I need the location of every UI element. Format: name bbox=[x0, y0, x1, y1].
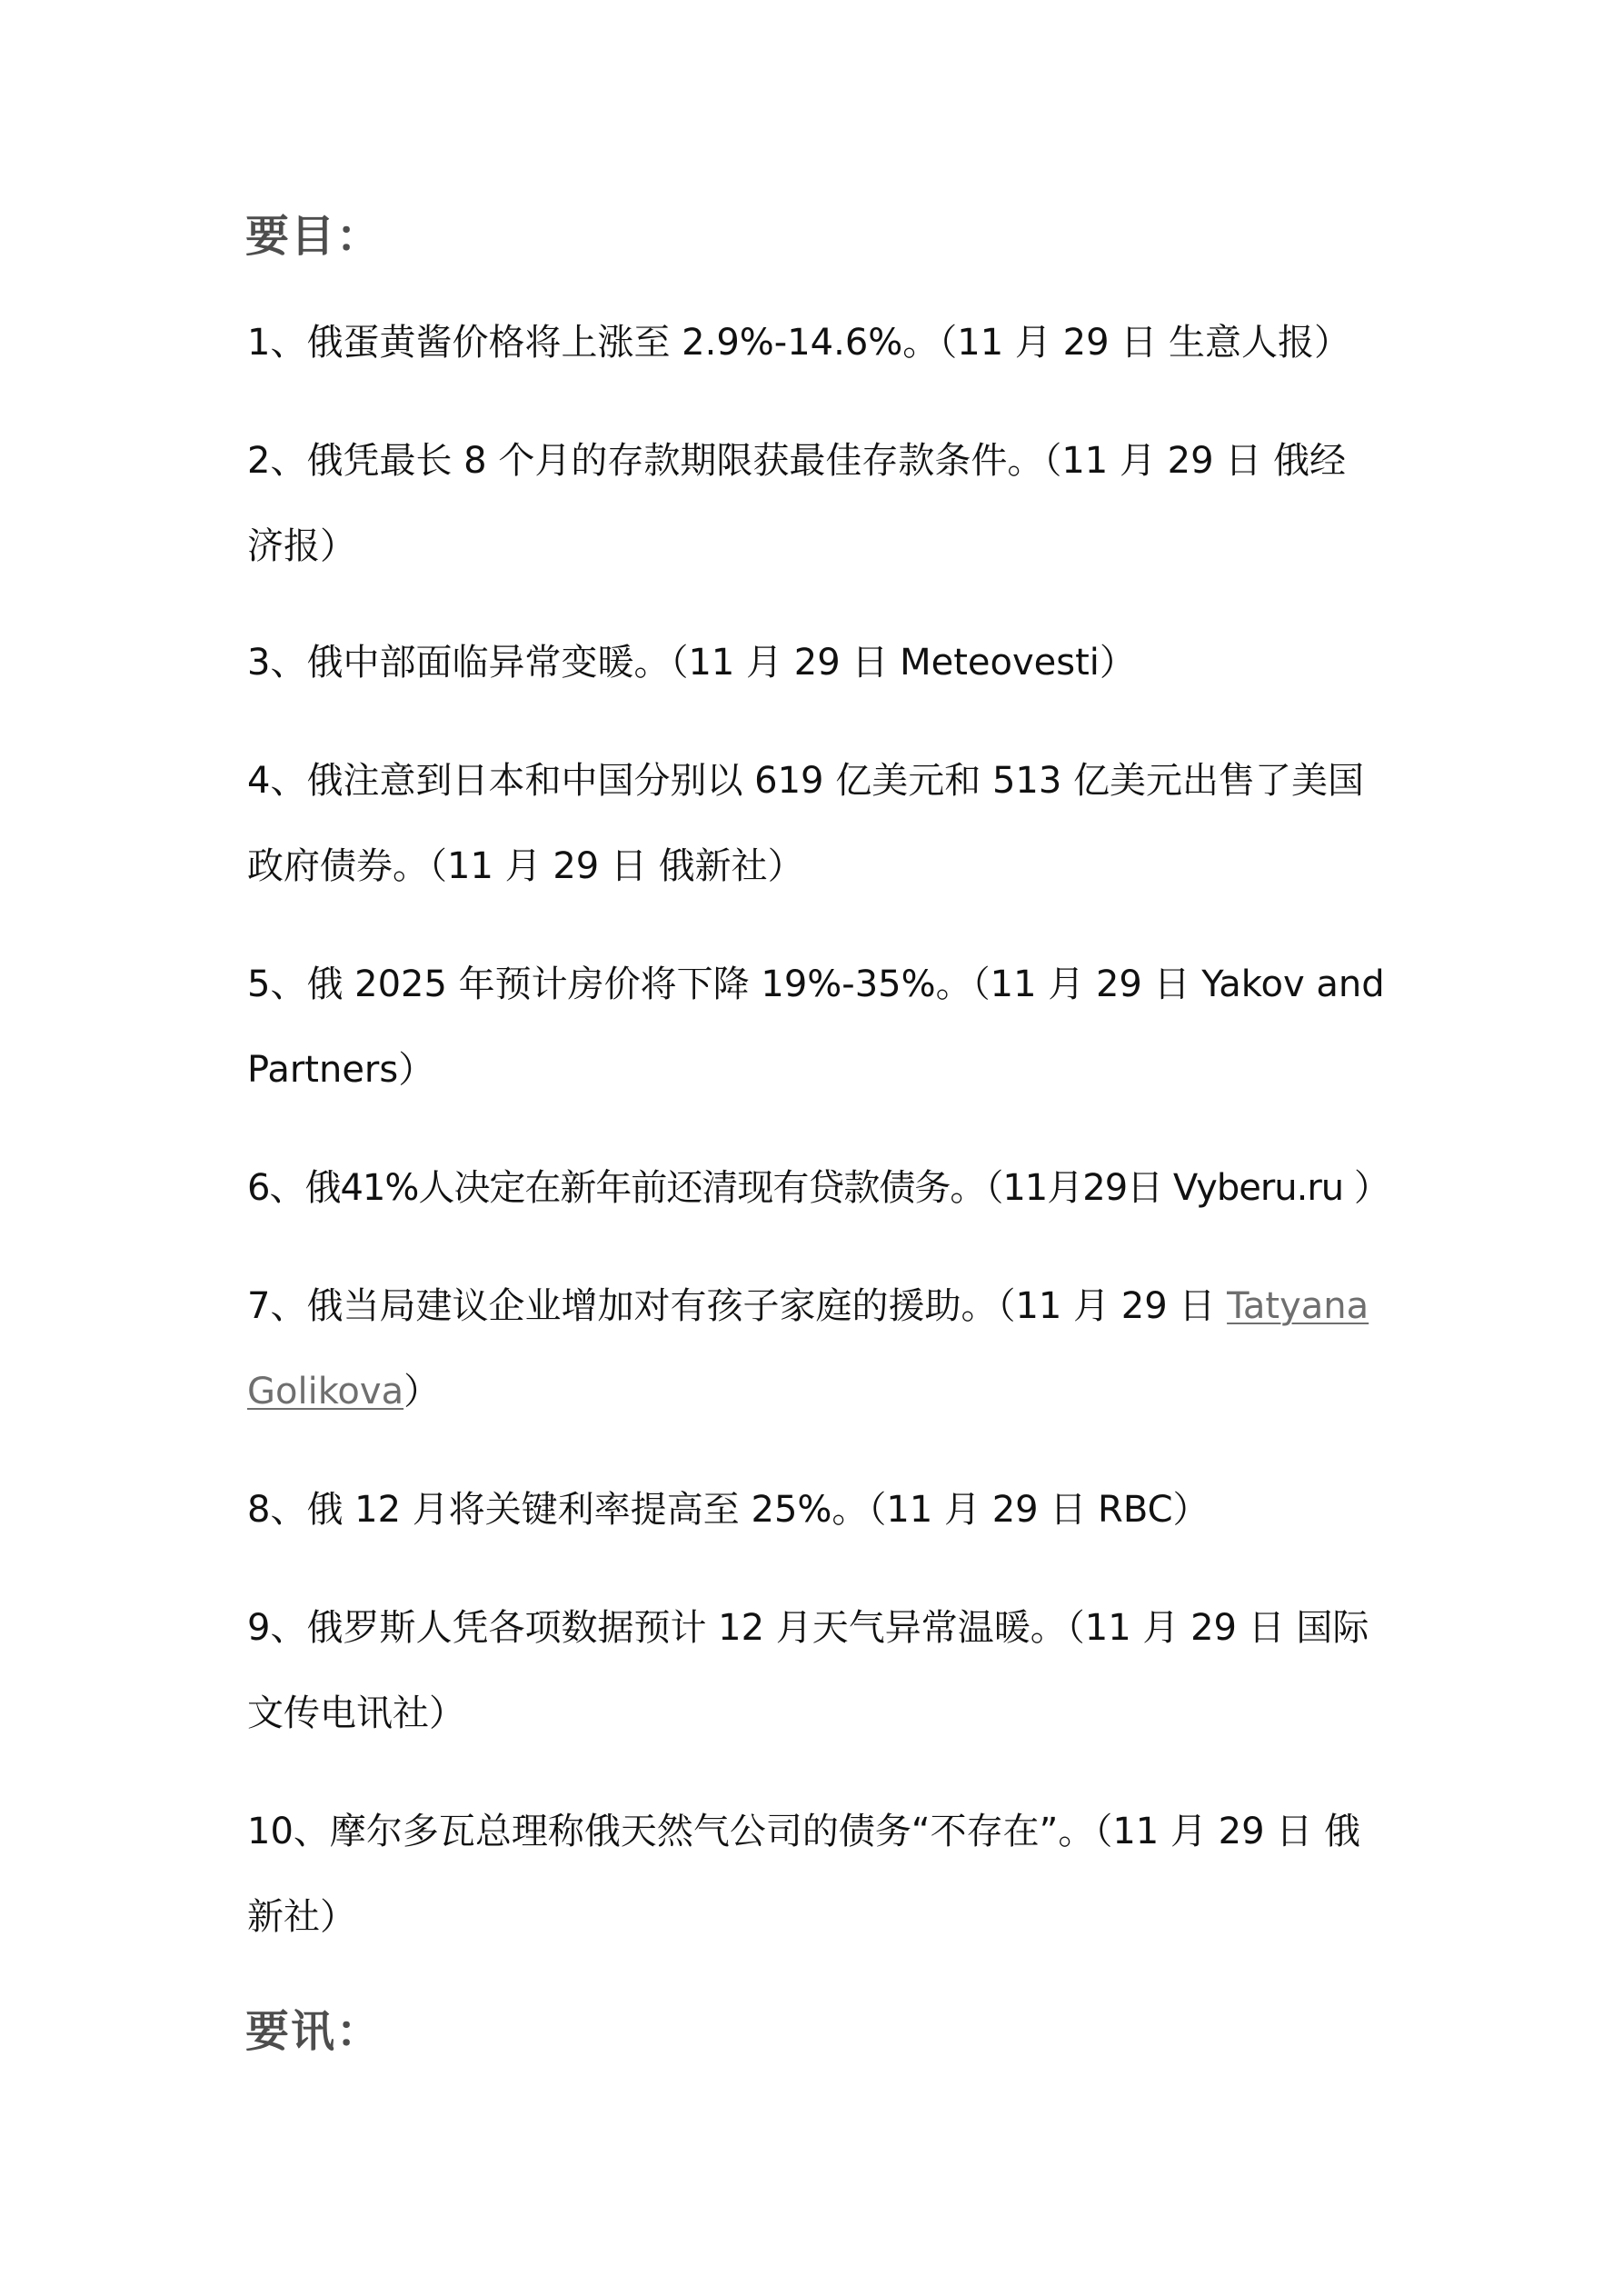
document-page: 要目： 1、俄蛋黄酱价格将上涨至 2.9%-14.6%。（11 月 29 日 生… bbox=[0, 0, 1623, 2296]
item-line: 1、俄蛋黄酱价格将上涨至 2.9%-14.6%。（11 月 29 日 生意人报） bbox=[247, 320, 1383, 405]
list-item-4: 4、俄注意到日本和中国分别以 619 亿美元和 513 亿美元出售了美国 政府债… bbox=[247, 758, 1383, 929]
item-line: 8、俄 12 月将关键利率提高至 25%。（11 月 29 日 RBC） bbox=[247, 1487, 1383, 1572]
item-text: ） bbox=[403, 1371, 440, 1413]
source-link-tatyana-golikova[interactable]: Tatyana bbox=[1227, 1285, 1369, 1327]
list-item-2: 2、俄凭最长 8 个月的存款期限获最佳存款条件。（11 月 29 日 俄经 济报… bbox=[247, 438, 1383, 609]
list-item-3: 3、俄中部面临异常变暖。（11 月 29 日 Meteovesti） bbox=[247, 640, 1383, 725]
item-line: 10、摩尔多瓦总理称俄天然气公司的债务“不存在”。（11 月 29 日 俄 bbox=[247, 1809, 1383, 1894]
item-line: 3、俄中部面临异常变暖。（11 月 29 日 Meteovesti） bbox=[247, 640, 1383, 725]
list-item-8: 8、俄 12 月将关键利率提高至 25%。（11 月 29 日 RBC） bbox=[247, 1487, 1383, 1572]
item-line: 新社） bbox=[247, 1894, 1383, 1980]
item-line: 济报） bbox=[247, 524, 1383, 609]
list-item-10: 10、摩尔多瓦总理称俄天然气公司的债务“不存在”。（11 月 29 日 俄 新社… bbox=[247, 1809, 1383, 1980]
item-text: 7、俄当局建议企业增加对有孩子家庭的援助。（11 月 29 日 bbox=[247, 1285, 1227, 1327]
item-line: 文传电讯社） bbox=[247, 1691, 1383, 1776]
item-line: 7、俄当局建议企业增加对有孩子家庭的援助。（11 月 29 日 Tatyana bbox=[247, 1283, 1383, 1369]
item-line: 4、俄注意到日本和中国分别以 619 亿美元和 513 亿美元出售了美国 bbox=[247, 758, 1383, 844]
list-item-9: 9、俄罗斯人凭各项数据预计 12 月天气异常温暖。（11 月 29 日 国际 文… bbox=[247, 1605, 1383, 1776]
section-heading-highlights: 要目： bbox=[245, 209, 382, 264]
item-line: 2、俄凭最长 8 个月的存款期限获最佳存款条件。（11 月 29 日 俄经 bbox=[247, 438, 1383, 524]
item-line: 政府债券。（11 月 29 日 俄新社） bbox=[247, 844, 1383, 929]
item-line: Partners） bbox=[247, 1047, 1383, 1133]
list-item-1: 1、俄蛋黄酱价格将上涨至 2.9%-14.6%。（11 月 29 日 生意人报） bbox=[247, 320, 1383, 405]
list-item-7: 7、俄当局建议企业增加对有孩子家庭的援助。（11 月 29 日 Tatyana … bbox=[247, 1283, 1383, 1454]
item-line: 9、俄罗斯人凭各项数据预计 12 月天气异常温暖。（11 月 29 日 国际 bbox=[247, 1605, 1383, 1691]
list-item-5: 5、俄 2025 年预计房价将下降 19%-35%。（11 月 29 日 Yak… bbox=[247, 962, 1383, 1133]
item-line: Golikova） bbox=[247, 1369, 1383, 1454]
source-link-tatyana-golikova-cont[interactable]: Golikova bbox=[247, 1371, 403, 1413]
list-item-6: 6、俄41%人决定在新年前还清现有贷款债务。（11月29日 Vyberu.ru … bbox=[247, 1165, 1383, 1251]
item-line: 5、俄 2025 年预计房价将下降 19%-35%。（11 月 29 日 Yak… bbox=[247, 962, 1383, 1047]
section-heading-news: 要讯： bbox=[245, 2004, 382, 2059]
item-line: 6、俄41%人决定在新年前还清现有贷款债务。（11月29日 Vyberu.ru … bbox=[247, 1165, 1383, 1251]
